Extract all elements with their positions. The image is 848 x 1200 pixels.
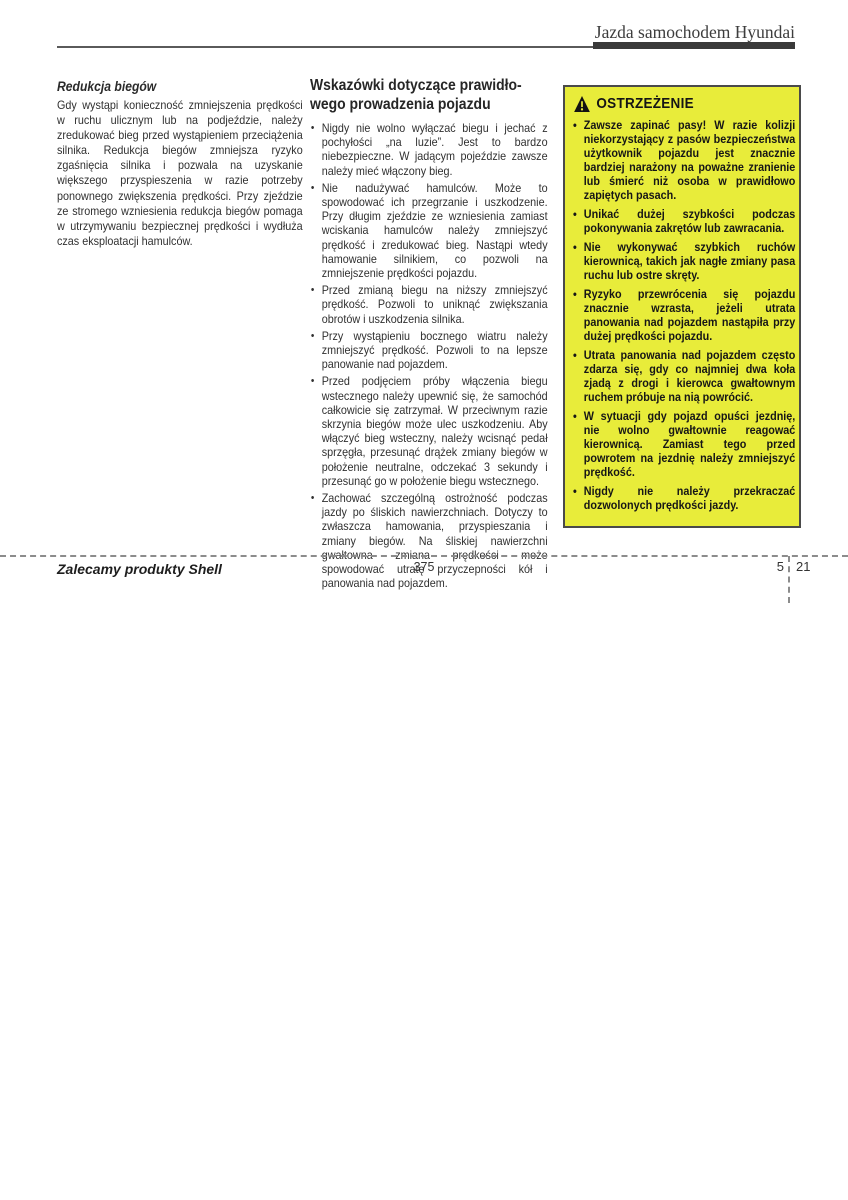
warning-box: OSTRZEŻENIE Zawsze zapinać pasy! W razie… — [563, 85, 801, 528]
heading-line-1: Wskazówki dotyczące prawidło- — [310, 77, 522, 94]
section-heading-redukcja-biegow: Redukcja biegów — [57, 79, 303, 94]
page-number: 375 — [0, 560, 848, 574]
tips-column: Wskazówki dotyczące prawidło-wego prowad… — [310, 77, 548, 594]
list-item: W sytuacji gdy pojazd opuści jezdnię, ni… — [573, 409, 795, 479]
left-column: Redukcja biegów Gdy wystąpi konieczność … — [57, 79, 303, 249]
warning-list: Zawsze zapinać pasy! W razie kolizji nie… — [573, 118, 795, 512]
list-item: Nie nadużywać hamulców. Może to spowodow… — [310, 181, 548, 280]
section-number: 5 — [762, 559, 784, 574]
footer-divider — [0, 555, 848, 557]
list-item: Przy wystąpieniu bocznego wiatru należy … — [310, 329, 548, 372]
list-item: Nigdy nie należy przekraczać dozwolonych… — [573, 484, 795, 512]
heading-line-2: wego prowadzenia pojazdu — [310, 96, 491, 113]
list-item: Zawsze zapinać pasy! W razie kolizji nie… — [573, 118, 795, 202]
list-item: Nigdy nie wolno wyłączać biegu i jechać … — [310, 121, 548, 178]
list-item: Przed podjęciem próby włączenia biegu ws… — [310, 374, 548, 488]
warning-title: OSTRZEŻENIE — [596, 95, 693, 112]
list-item: Utrata panowania nad pojazdem często zda… — [573, 348, 795, 404]
manual-page: Jazda samochodem Hyundai Redukcja biegów… — [0, 0, 848, 1200]
header-title: Jazda samochodem Hyundai — [595, 22, 795, 43]
page-in-section: 21 — [796, 559, 810, 574]
section-heading-tips: Wskazówki dotyczące prawidło-wego prowad… — [310, 77, 548, 114]
tips-list: Nigdy nie wolno wyłączać biegu i jechać … — [310, 121, 548, 591]
warning-triangle-icon — [574, 96, 590, 112]
list-item: Ryzyko przewrócenia się pojazdu znacznie… — [573, 287, 795, 343]
header-rule-thin — [57, 46, 594, 48]
warning-title-row: OSTRZEŻENIE — [574, 95, 795, 112]
list-item: Nie wykonywać szybkich ruchów kierownicą… — [573, 240, 795, 282]
list-item: Przed zmianą biegu na niższy zmniejszyć … — [310, 283, 548, 326]
list-item: Unikać dużej szybkości podczas pokonywan… — [573, 207, 795, 235]
body-paragraph: Gdy wystąpi konieczność zmniejszenia prę… — [57, 98, 303, 249]
header-rule-thick — [593, 42, 795, 49]
list-item: Zachować szczególną ostrożność podczas j… — [310, 491, 548, 590]
footer-vertical-divider — [788, 556, 790, 603]
